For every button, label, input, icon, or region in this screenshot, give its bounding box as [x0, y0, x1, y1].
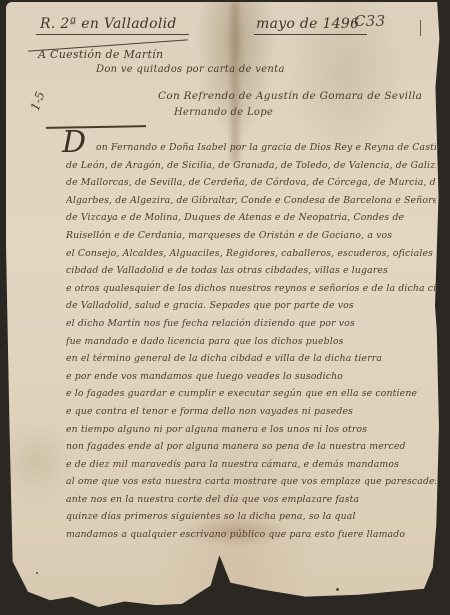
body-line: e que contra el tenor e forma dello non …	[66, 403, 436, 421]
body-line: de Mallorcas, de Sevilla, de Cerdeña, de…	[66, 174, 436, 192]
body-line: al ome que vos esta nuestra carta mostra…	[66, 473, 436, 491]
manuscript-page: R. 2ª en Valladolid mayo de 1496 C33 A C…	[6, 2, 446, 610]
body-line: e lo fagades guardar e cumplir e executa…	[66, 385, 436, 403]
body-line: on Fernando e Doña Isabel por la gracia …	[66, 139, 436, 157]
body-line: e por ende vos mandamos que luego veades…	[66, 368, 436, 386]
tick-mark	[420, 20, 421, 36]
body-line: en tiempo alguno ni por alguna manera e …	[66, 421, 436, 439]
body-line: cibdad de Valladolid e de todas las otra…	[66, 262, 436, 280]
body-line: de Valladolid, salud e gracia. Sepades q…	[66, 297, 436, 315]
margin-note: 1-5	[28, 90, 48, 113]
body-line: e de diez mil maravedís para la nuestra …	[66, 456, 436, 474]
body-line: el dicho Martín nos fue fecha relación d…	[66, 315, 436, 333]
body-line: de León, de Aragón, de Sicilia, de Grana…	[66, 157, 436, 175]
body-line: Algarbes, de Algezira, de Gibraltar, Con…	[66, 192, 436, 210]
address-line-1: Con Refrendo de Agustín de Gomara de Sev…	[158, 90, 422, 102]
header-reference: C33	[354, 12, 385, 30]
ink-stain	[181, 517, 291, 547]
section-rule	[46, 125, 146, 129]
header-place: R. 2ª en Valladolid	[36, 16, 189, 35]
body-line: e otros qualesquier de los dichos nuestr…	[66, 280, 436, 298]
body-line: fue mandado e dado licencia para que los…	[66, 333, 436, 351]
body-line: ante nos en la nuestra corte del día que…	[66, 491, 436, 509]
letter-body: on Fernando e Doña Isabel por la gracia …	[66, 139, 436, 544]
address-line-2: Hernando de Lope	[174, 107, 273, 118]
header-date: mayo de 1496	[254, 16, 367, 35]
body-line: el Consejo, Alcaldes, Alguaciles, Regido…	[66, 245, 436, 263]
body-line: en el término general de la dicha cibdad…	[66, 350, 436, 368]
body-line: Ruisellón e de Cerdania, marqueses de Or…	[66, 227, 436, 245]
paper-spot	[336, 588, 339, 591]
body-line: non fagades ende al por alguna manera so…	[66, 438, 436, 456]
body-line: de Vizcaya e de Molina, Duques de Atenas…	[66, 209, 436, 227]
sub-header: A Cuestión de Martín	[38, 48, 163, 61]
fold-crease	[228, 2, 242, 162]
first-line: Don ve quitados por carta de venta	[96, 64, 285, 75]
scan-background: R. 2ª en Valladolid mayo de 1496 C33 A C…	[0, 0, 450, 615]
paper-spot	[36, 572, 38, 574]
